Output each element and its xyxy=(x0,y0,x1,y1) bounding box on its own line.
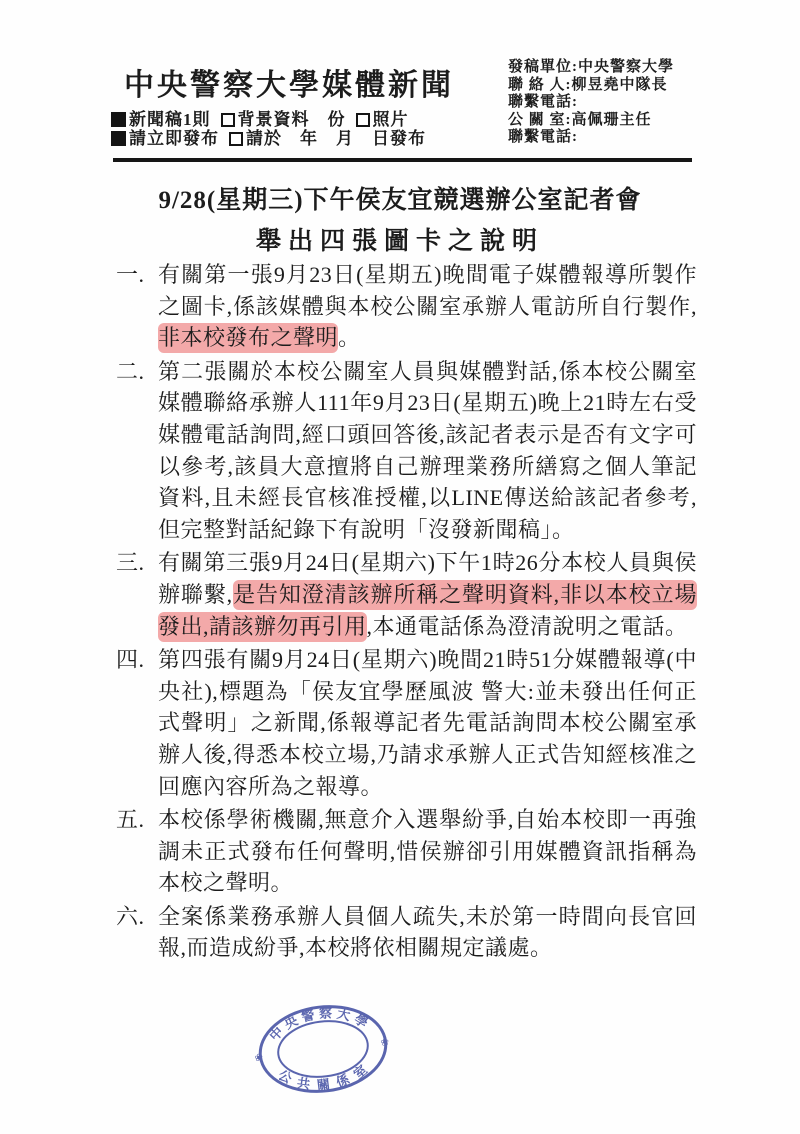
highlighted-text: 非本校發布之聲明 xyxy=(158,323,338,353)
item-text: 第二張關於本校公關室人員與媒體對話,係本校公關室媒體聯絡承辦人111年9月23日… xyxy=(158,356,697,546)
official-seal-stamp: 中央警察大學 公共關係室 ❀ ❀ xyxy=(244,987,402,1110)
header-divider xyxy=(113,158,692,162)
stamp-flower-right-icon: ❀ xyxy=(380,1037,390,1049)
contact-line: 發稿單位:中央警察大學 xyxy=(508,59,674,77)
item-number: 六. xyxy=(116,901,158,964)
checkbox-row-release-time: 請立即發布請於 年 月 日發布 xyxy=(111,124,436,149)
contact-line: 聯 絡 人:柳昱堯中隊長 xyxy=(508,77,674,95)
plain-text: 本校係學術機關,無意介入選舉紛爭,自始本校即一再強調未正式發布任何聲明,惜侯辦卻… xyxy=(158,807,697,895)
item-text: 本校係學術機關,無意介入選舉紛爭,自始本校即一再強調未正式發布任何聲明,惜侯辦卻… xyxy=(158,804,697,899)
contact-line: 聯繫電話: xyxy=(508,129,674,147)
item-number: 四. xyxy=(116,644,158,802)
item-number: 一. xyxy=(116,259,158,354)
plain-text: 全案係業務承辦人員個人疏失,未於第一時間向長官回報,而造成紛爭,本校將依相關規定… xyxy=(158,904,697,961)
item-text: 全案係業務承辦人員個人疏失,未於第一時間向長官回報,而造成紛爭,本校將依相關規定… xyxy=(158,901,697,964)
list-item: 三.有關第三張9月24日(星期六)下午1時26分本校人員與侯辦聯繫,是告知澄清該… xyxy=(116,547,697,642)
checkbox-label: 請於 年 月 日發布 xyxy=(246,129,426,148)
numbered-statement-list: 一.有關第一張9月23日(星期五)晚間電子媒體報導所製作之圖卡,係該媒體與本校公… xyxy=(116,259,697,966)
list-item: 四.第四張有關9月24日(星期六)晚間21時51分媒體報導(中央社),標題為「侯… xyxy=(116,644,697,802)
org-title: 中央警察大學媒體新聞 xyxy=(124,60,454,104)
contact-line: 公 關 室:高佩珊主任 xyxy=(508,112,674,130)
contact-line: 聯繫電話: xyxy=(508,94,674,112)
list-item: 五.本校係學術機關,無意介入選舉紛爭,自始本校即一再強調未正式發布任何聲明,惜侯… xyxy=(116,804,697,899)
plain-text: 。 xyxy=(338,325,361,350)
item-text: 有關第一張9月23日(星期五)晚間電子媒體報導所製作之圖卡,係該媒體與本校公關室… xyxy=(158,259,697,354)
list-item: 一.有關第一張9月23日(星期五)晚間電子媒體報導所製作之圖卡,係該媒體與本校公… xyxy=(116,259,697,354)
stamp-bottom-text: 公共關係室 xyxy=(275,1056,379,1098)
plain-text: 有關第一張9月23日(星期五)晚間電子媒體報導所製作之圖卡,係該媒體與本校公關室… xyxy=(158,262,697,319)
doc-title-line2: 舉出四張圖卡之說明 xyxy=(0,221,800,257)
item-number: 三. xyxy=(116,547,158,642)
plain-text: 第四張有關9月24日(星期六)晚間21時51分媒體報導(中央社),標題為「侯友宜… xyxy=(158,647,697,798)
item-number: 五. xyxy=(116,804,158,899)
checkbox-option: 請於 年 月 日發布 xyxy=(229,129,426,148)
doc-title-line1: 9/28(星期三)下午侯友宜競選辦公室記者會 xyxy=(0,180,800,216)
list-item: 二.第二張關於本校公關室人員與媒體對話,係本校公關室媒體聯絡承辦人111年9月2… xyxy=(116,356,697,546)
list-item: 六.全案係業務承辦人員個人疏失,未於第一時間向長官回報,而造成紛爭,本校將依相關… xyxy=(116,901,697,964)
item-text: 第四張有關9月24日(星期六)晚間21時51分媒體報導(中央社),標題為「侯友宜… xyxy=(158,644,697,802)
plain-text: ,本通電話係為澄清說明之電話。 xyxy=(367,614,688,639)
press-release-page: 中央警察大學媒體新聞 新聞稿1則背景資料 份照片 請立即發布請於 年 月 日發布… xyxy=(0,0,800,1134)
checkbox-label: 請立即發布 xyxy=(129,129,219,148)
plain-text: 第二張關於本校公關室人員與媒體對話,係本校公關室媒體聯絡承辦人111年9月23日… xyxy=(158,359,697,542)
svg-text:公共關係室: 公共關係室 xyxy=(275,1056,379,1098)
checked-box-icon xyxy=(111,131,126,146)
checkbox-option: 請立即發布 xyxy=(111,129,219,148)
item-number: 二. xyxy=(116,356,158,546)
contact-block: 發稿單位:中央警察大學聯 絡 人:柳昱堯中隊長聯繫電話:公 關 室:高佩珊主任聯… xyxy=(508,59,674,147)
empty-box-icon xyxy=(229,132,243,146)
item-text: 有關第三張9月24日(星期六)下午1時26分本校人員與侯辦聯繫,是告知澄清該辦所… xyxy=(158,547,697,642)
stamp-flower-left-icon: ❀ xyxy=(254,1052,264,1064)
